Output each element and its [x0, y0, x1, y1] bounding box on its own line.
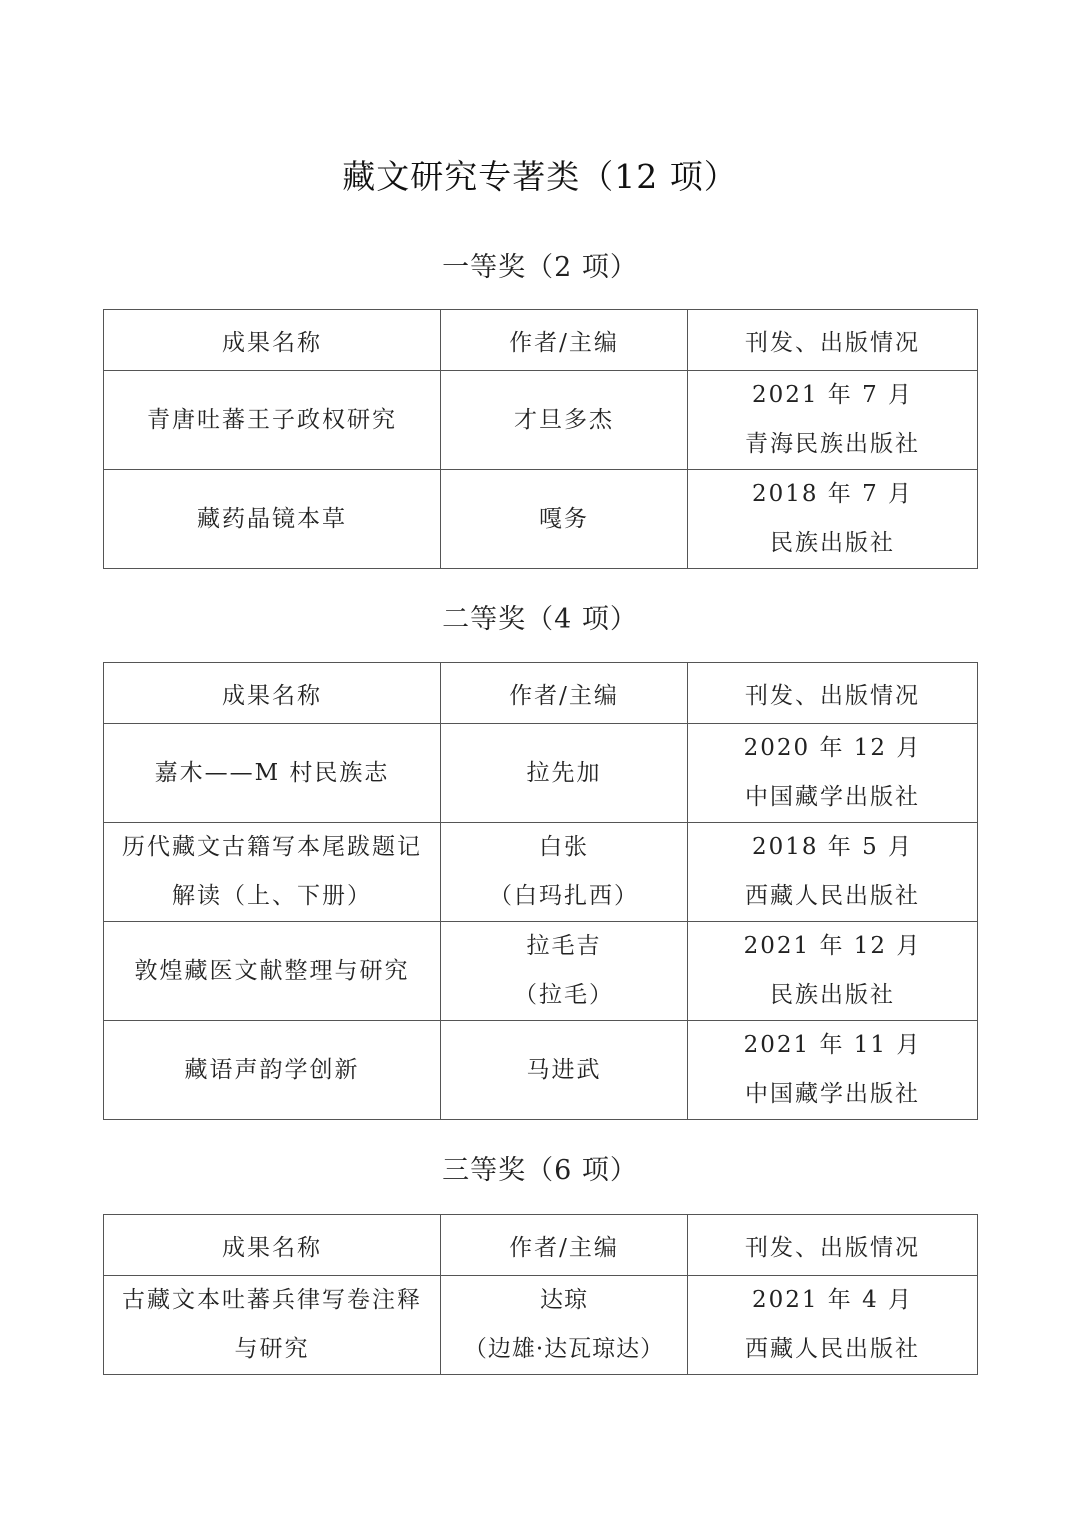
table-row: 历代藏文古籍写本尾跋题记解读（上、下册） 白张（白玛扎西） 2018 年 5 月…: [104, 823, 978, 922]
section-heading-first-prize: 一等奖（2 项）: [0, 248, 1080, 288]
page-title: 藏文研究专著类（12 项）: [0, 152, 1080, 202]
section-heading-third-prize: 三等奖（6 项）: [0, 1151, 1080, 1191]
table-row: 嘉木——M 村民族志 拉先加 2020 年 12 月中国藏学出版社: [104, 724, 978, 823]
column-header-publication: 刊发、出版情况: [688, 663, 978, 724]
table-header-row: 成果名称 作者/主编 刊发、出版情况: [104, 663, 978, 724]
column-header-name: 成果名称: [104, 663, 441, 724]
cell-name: 藏药晶镜本草: [104, 470, 441, 569]
cell-publication: 2021 年 7 月青海民族出版社: [688, 371, 978, 470]
table-header-row: 成果名称 作者/主编 刊发、出版情况: [104, 310, 978, 371]
column-header-publication: 刊发、出版情况: [688, 1215, 978, 1276]
column-header-publication: 刊发、出版情况: [688, 310, 978, 371]
column-header-name: 成果名称: [104, 1215, 441, 1276]
table-header-row: 成果名称 作者/主编 刊发、出版情况: [104, 1215, 978, 1276]
column-header-author: 作者/主编: [441, 310, 688, 371]
cell-author: 达琼（边雄·达瓦琼达）: [441, 1276, 688, 1375]
table-row: 青唐吐蕃王子政权研究 才旦多杰 2021 年 7 月青海民族出版社: [104, 371, 978, 470]
cell-publication: 2018 年 5 月西藏人民出版社: [688, 823, 978, 922]
cell-name: 古藏文本吐蕃兵律写卷注释与研究: [104, 1276, 441, 1375]
cell-publication: 2018 年 7 月民族出版社: [688, 470, 978, 569]
cell-author: 白张（白玛扎西）: [441, 823, 688, 922]
cell-publication: 2021 年 12 月民族出版社: [688, 922, 978, 1021]
third-prize-table: 成果名称 作者/主编 刊发、出版情况 古藏文本吐蕃兵律写卷注释与研究 达琼（边雄…: [103, 1214, 978, 1375]
column-header-author: 作者/主编: [441, 1215, 688, 1276]
section-heading-second-prize: 二等奖（4 项）: [0, 600, 1080, 640]
first-prize-table: 成果名称 作者/主编 刊发、出版情况 青唐吐蕃王子政权研究 才旦多杰 2021 …: [103, 309, 978, 569]
cell-name: 敦煌藏医文献整理与研究: [104, 922, 441, 1021]
column-header-author: 作者/主编: [441, 663, 688, 724]
cell-author: 拉先加: [441, 724, 688, 823]
cell-author: 嘎务: [441, 470, 688, 569]
cell-author: 马进武: [441, 1021, 688, 1120]
table-row: 古藏文本吐蕃兵律写卷注释与研究 达琼（边雄·达瓦琼达） 2021 年 4 月西藏…: [104, 1276, 978, 1375]
cell-name: 历代藏文古籍写本尾跋题记解读（上、下册）: [104, 823, 441, 922]
table-row: 敦煌藏医文献整理与研究 拉毛吉（拉毛） 2021 年 12 月民族出版社: [104, 922, 978, 1021]
cell-publication: 2020 年 12 月中国藏学出版社: [688, 724, 978, 823]
cell-name: 藏语声韵学创新: [104, 1021, 441, 1120]
cell-name: 嘉木——M 村民族志: [104, 724, 441, 823]
cell-publication: 2021 年 11 月中国藏学出版社: [688, 1021, 978, 1120]
table-row: 藏语声韵学创新 马进武 2021 年 11 月中国藏学出版社: [104, 1021, 978, 1120]
table-row: 藏药晶镜本草 嘎务 2018 年 7 月民族出版社: [104, 470, 978, 569]
cell-author: 才旦多杰: [441, 371, 688, 470]
second-prize-table: 成果名称 作者/主编 刊发、出版情况 嘉木——M 村民族志 拉先加 2020 年…: [103, 662, 978, 1120]
cell-author: 拉毛吉（拉毛）: [441, 922, 688, 1021]
column-header-name: 成果名称: [104, 310, 441, 371]
cell-publication: 2021 年 4 月西藏人民出版社: [688, 1276, 978, 1375]
cell-name: 青唐吐蕃王子政权研究: [104, 371, 441, 470]
